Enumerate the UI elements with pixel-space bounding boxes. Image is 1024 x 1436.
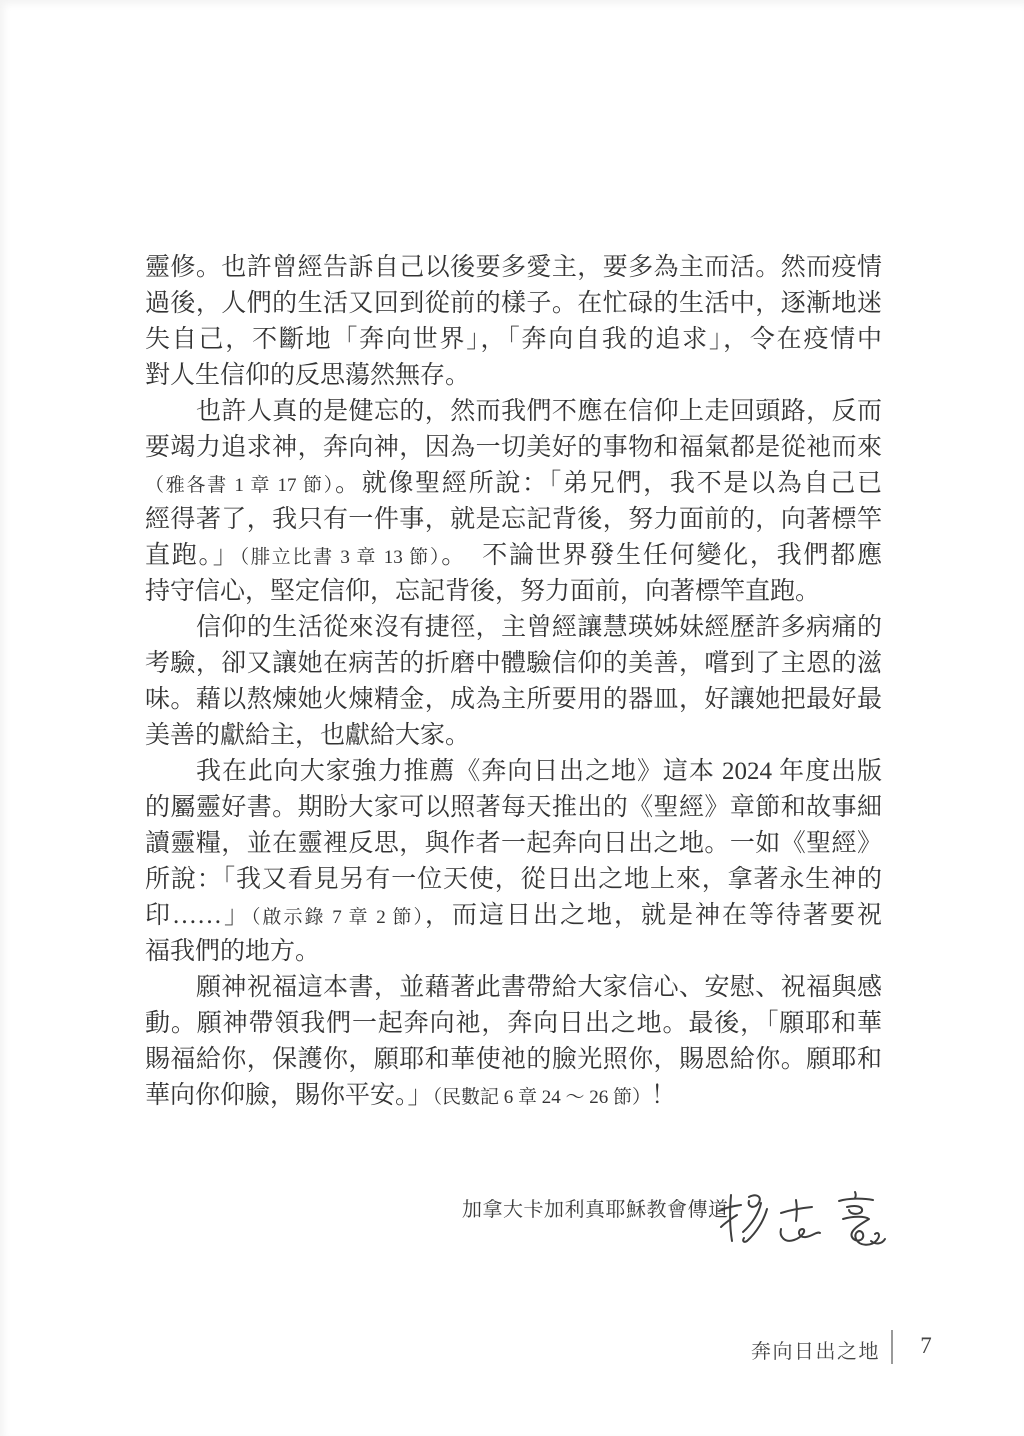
text-line: 所說：「我又看見另有一位天使，從日出之地上來，拿著永生神的 — [145, 862, 882, 898]
text-line: 動。願神帶領我們一起奔向祂，奔向日出之地。最後，「願耶和華 — [145, 1006, 882, 1042]
text-line: 華向你仰臉，賜你平安。」（民數記 6 章 24 ～ 26 節）！ — [145, 1078, 882, 1114]
text-segment: 願神祝福這本書，並藉著此書帶給大家信心、安慰、祝福與感 — [196, 974, 882, 1001]
scripture-reference: （民數記 6 章 24 ～ 26 節） — [433, 1087, 652, 1108]
text-line: 失自己，不斷地「奔向世界」，「奔向自我的追求」，令在疫情中 — [145, 322, 882, 358]
text-segment: 福我們的地方。 — [145, 938, 320, 965]
text-segment: 持守信心，堅定信仰，忘記背後，努力面前，向著標竿直跑。 — [145, 578, 820, 605]
text-segment: 靈修。也許曾經告訴自己以後要多愛主，要多為主而活。然而疫情 — [145, 254, 882, 281]
text-segment: 我在此向大家強力推薦《奔向日出之地》這本 2024 年度出版 — [196, 758, 882, 785]
text-segment: 華向你仰臉，賜你平安。」 — [145, 1082, 433, 1109]
text-segment: 過後，人們的生活又回到從前的樣子。在忙碌的生活中，逐漸地迷 — [145, 290, 882, 317]
text-segment: 讀靈糧，並在靈裡反思，與作者一起奔向日出之地。一如《聖經》 — [145, 830, 882, 857]
handwritten-signature — [714, 1188, 890, 1256]
footer-page-number: 7 — [910, 1333, 942, 1359]
text-segment: 要竭力追求神，奔向神，因為一切美好的事物和福氣都是從祂而來 — [145, 434, 882, 461]
text-segment: 失自己，不斷地「奔向世界」，「奔向自我的追求」，令在疫情中 — [145, 326, 882, 353]
text-line: 持守信心，堅定信仰，忘記背後，努力面前，向著標竿直跑。 — [145, 574, 882, 610]
text-segment: 印……」 — [145, 902, 251, 929]
body-text: 靈修。也許曾經告訴自己以後要多愛主，要多為主而活。然而疫情過後，人們的生活又回到… — [145, 250, 882, 1114]
text-line: 印……」（啟示錄 7 章 2 節），而這日出之地，就是神在等待著要祝 — [145, 898, 882, 934]
text-line: 經得著了，我只有一件事，就是忘記背後，努力面前的，向著標竿 — [145, 502, 882, 538]
text-line: 直跑。」（腓立比書 3 章 13 節）。 不論世界發生任何變化，我們都應 — [145, 538, 882, 574]
text-line: （雅各書 1 章 17 節）。就像聖經所說：「弟兄們，我不是以為自己已 — [145, 466, 882, 502]
text-segment: 經得著了，我只有一件事，就是忘記背後，努力面前的，向著標竿 — [145, 506, 882, 533]
author-line: 加拿大卡加利真耶穌教會傳道 — [462, 1193, 729, 1222]
text-line: 的屬靈好書。期盼大家可以照著每天推出的《聖經》章節和故事細 — [145, 790, 882, 826]
footer-divider — [891, 1330, 893, 1364]
text-segment: 信仰的生活從來沒有捷徑，主曾經讓慧瑛姊妹經歷許多病痛的 — [196, 614, 882, 641]
text-line: 美善的獻給主，也獻給大家。 — [145, 718, 882, 754]
scripture-reference: （雅各書 1 章 17 節） — [145, 475, 335, 496]
text-segment: 味。藉以熬煉她火煉精金，成為主所要用的器皿，好讓她把最好最 — [145, 686, 882, 713]
text-line: 考驗，卻又讓她在病苦的折磨中體驗信仰的美善，嚐到了主恩的滋 — [145, 646, 882, 682]
text-line: 靈修。也許曾經告訴自己以後要多愛主，要多為主而活。然而疫情 — [145, 250, 882, 286]
scripture-reference: （啟示錄 7 章 2 節） — [251, 907, 425, 928]
text-segment: 考驗，卻又讓她在病苦的折磨中體驗信仰的美善，嚐到了主恩的滋 — [145, 650, 882, 677]
text-line: 對人生信仰的反思蕩然無存。 — [145, 358, 882, 394]
text-segment: 所說：「我又看見另有一位天使，從日出之地上來，拿著永生神的 — [145, 866, 882, 893]
text-segment: 直跑。」 — [145, 542, 240, 569]
scripture-reference: （腓立比書 3 章 13 節） — [240, 547, 442, 568]
text-line: 福我們的地方。 — [145, 934, 882, 970]
text-line: 願神祝福這本書，並藉著此書帶給大家信心、安慰、祝福與感 — [145, 970, 882, 1006]
text-segment: 美善的獻給主，也獻給大家。 — [145, 722, 470, 749]
text-line: 味。藉以熬煉她火煉精金，成為主所要用的器皿，好讓她把最好最 — [145, 682, 882, 718]
text-line: 讀靈糧，並在靈裡反思，與作者一起奔向日出之地。一如《聖經》 — [145, 826, 882, 862]
text-segment: ，而這日出之地，就是神在等待著要祝 — [425, 902, 882, 929]
text-segment: 賜福給你，保護你，願耶和華使祂的臉光照你，賜恩給你。願耶和 — [145, 1046, 882, 1073]
text-segment: 動。願神帶領我們一起奔向祂，奔向日出之地。最後，「願耶和華 — [145, 1010, 882, 1037]
text-segment: ！ — [651, 1082, 676, 1109]
signature-image — [714, 1188, 890, 1256]
text-segment: 。就像聖經所說：「弟兄們，我不是以為自己已 — [335, 470, 882, 497]
text-segment: 的屬靈好書。期盼大家可以照著每天推出的《聖經》章節和故事細 — [145, 794, 882, 821]
text-line: 信仰的生活從來沒有捷徑，主曾經讓慧瑛姊妹經歷許多病痛的 — [145, 610, 882, 646]
text-line: 賜福給你，保護你，願耶和華使祂的臉光照你，賜恩給你。願耶和 — [145, 1042, 882, 1078]
text-segment: 。 不論世界發生任何變化，我們都應 — [441, 542, 882, 569]
text-line: 要竭力追求神，奔向神，因為一切美好的事物和福氣都是從祂而來 — [145, 430, 882, 466]
text-line: 過後，人們的生活又回到從前的樣子。在忙碌的生活中，逐漸地迷 — [145, 286, 882, 322]
text-segment: 也許人真的是健忘的，然而我們不應在信仰上走回頭路，反而 — [196, 398, 882, 425]
footer-book-title: 奔向日出之地 — [751, 1335, 880, 1364]
book-page: 靈修。也許曾經告訴自己以後要多愛主，要多為主而活。然而疫情過後，人們的生活又回到… — [0, 0, 1024, 1436]
text-line: 也許人真的是健忘的，然而我們不應在信仰上走回頭路，反而 — [145, 394, 882, 430]
text-segment: 對人生信仰的反思蕩然無存。 — [145, 362, 470, 389]
text-line: 我在此向大家強力推薦《奔向日出之地》這本 2024 年度出版 — [145, 754, 882, 790]
